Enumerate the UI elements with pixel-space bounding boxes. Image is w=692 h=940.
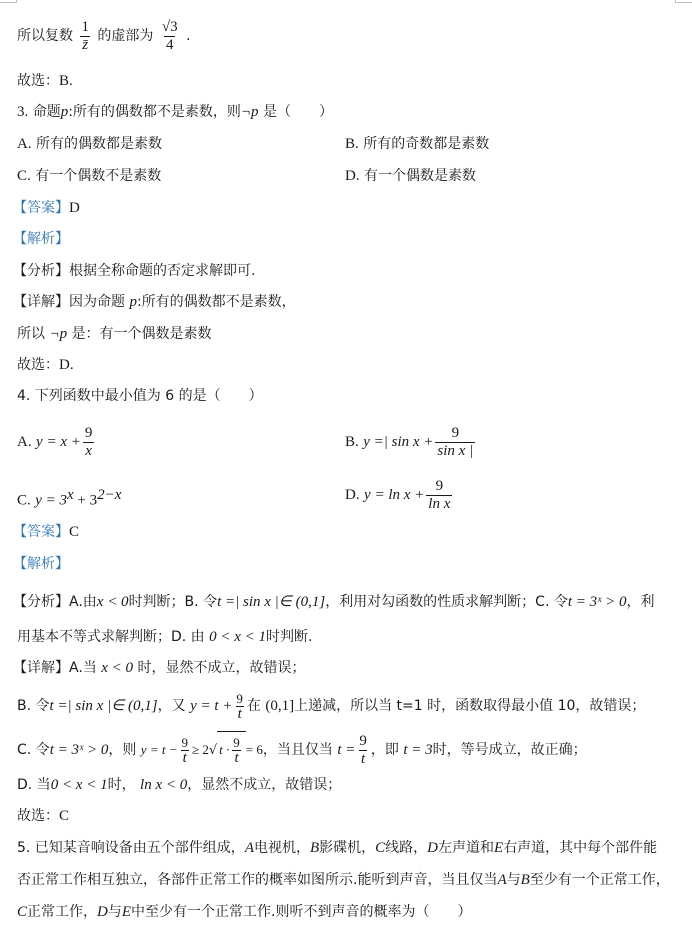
math-b: B <box>521 872 530 888</box>
text: 上递减，所以当 t=1 时，函数取得最小值 10，故错误； <box>294 698 645 714</box>
num: 9 <box>357 733 369 750</box>
text: 至少有一个正常工作， <box>530 872 670 888</box>
q3-xiangjie-line2: 所以 ¬p 是：有一个偶数是素数 <box>17 324 212 344</box>
fraction-sqrt3-over-4: √34 <box>160 19 180 54</box>
num: 9 <box>83 425 95 442</box>
math-expr: + 3 <box>74 493 97 509</box>
math: ≥ 2 <box>192 742 209 757</box>
text: ，利 <box>627 594 655 610</box>
math-not-p: ¬p <box>49 326 67 342</box>
text: 线路， <box>385 840 427 856</box>
text: 右声道，其中每个部件能 <box>503 840 657 856</box>
sqrt: t ·9t <box>217 731 246 768</box>
math: x < 0 <box>97 594 129 610</box>
text: 左声道和 <box>438 840 494 856</box>
q3-stem: 3. 命题p:所有的偶数都不是素数，则¬p 是（ ） <box>17 102 333 122</box>
text: ，则 <box>108 742 136 758</box>
q4-option-c: C. y = 3x + 32−x <box>17 485 121 511</box>
fraction: 9x <box>83 425 95 460</box>
math-p: p <box>129 294 137 310</box>
math: t = 3 <box>403 742 432 758</box>
exponent: x <box>67 487 74 503</box>
q3-xiangjie: 【详解】因为命题 p:所有的偶数都不是素数， <box>13 292 296 312</box>
xiangjie-label: 【详解】 <box>13 294 69 310</box>
text: 与 <box>507 872 521 888</box>
q4-xiangjie-a: 【详解】A.当 x < 0 时，显然不成立，故错误； <box>13 658 305 678</box>
q4-xiangjie-c: C. 令t = 3ˣ > 0，则 y = t −9t≥ 2√t ·9t= 6，当… <box>17 731 587 769</box>
num: 9 <box>179 736 190 750</box>
option-text: 有一个偶数不是素数 <box>35 168 161 184</box>
math: (0,1] <box>265 698 294 714</box>
option-letter: C. <box>17 493 31 509</box>
q3-answer: 【答案】D <box>13 198 80 218</box>
math-expr: y = x + <box>36 434 81 450</box>
math-e: E <box>494 840 503 856</box>
option-text: 所有的奇数都是素数 <box>363 136 489 152</box>
option-letter: B. <box>345 136 359 152</box>
choose-label: 故选： <box>17 73 59 89</box>
math: y = t + <box>190 698 232 714</box>
text: 命题 <box>33 104 61 120</box>
q3-fenxi: 【分析】根据全称命题的否定求解即可. <box>13 261 255 281</box>
math-not-p: ¬p <box>241 104 259 120</box>
text: 时，显然不成立，故错误； <box>137 660 305 676</box>
math: 0 < x < 1 <box>209 629 266 645</box>
text: 所以 <box>17 326 45 342</box>
page-corner-mark-right <box>675 0 692 3</box>
den: t <box>236 706 244 721</box>
choose-label: 故选： <box>17 808 59 824</box>
text: 时判断；B. 令 <box>129 594 218 610</box>
q5-stem-line2: 否正常工作相互独立，各部件正常工作的概率如图所示.能听到声音，当且仅当A与B至少… <box>17 870 670 890</box>
text: :所有的偶数都不是素数，则 <box>68 104 241 120</box>
text: 因为命题 <box>69 294 125 310</box>
math-e: E <box>122 904 131 920</box>
fenxi-label: 【分析】 <box>13 594 69 610</box>
text: 时，等号成立，故正确； <box>433 742 587 758</box>
math-expr: y =| sin x + <box>363 434 433 450</box>
option-letter: C. <box>17 168 31 184</box>
fraction: 9sin x | <box>435 425 475 460</box>
q4-fenxi-line2: 用基本不等式求解判断；D. 由 0 < x < 1时判断. <box>17 627 313 647</box>
q3-choose-line: 故选：D. <box>17 355 74 375</box>
math-expr: y = 3 <box>35 493 67 509</box>
math-d: D <box>97 904 108 920</box>
num: √3 <box>160 19 180 36</box>
text: ，即 <box>371 742 399 758</box>
fraction: 9ln x <box>426 478 452 513</box>
text: 否正常工作相互独立，各部件正常工作的概率如图所示.能听到声音，当且仅当 <box>17 872 497 888</box>
text: :所有的偶数都不是素数， <box>137 294 296 310</box>
num: 9 <box>450 425 462 442</box>
q3-option-d: D. 有一个偶数是素数 <box>345 166 476 186</box>
text: 与 <box>108 904 122 920</box>
text: 用基本不等式求解判断；D. 由 <box>17 629 205 645</box>
math-b: B <box>310 840 319 856</box>
text: 在 <box>247 698 261 714</box>
xiangjie-label: 【详解】 <box>13 660 69 676</box>
math: 0 < x < 1 <box>51 777 108 793</box>
answer-label: 【答案】 <box>13 524 69 540</box>
math: ln x < 0 <box>140 777 187 793</box>
math-expr: y = ln x + <box>364 487 424 503</box>
math: = 6 <box>246 742 263 757</box>
fenxi-text: 根据全称命题的否定求解即可. <box>69 263 255 279</box>
den: t <box>181 750 189 765</box>
text: C. 令 <box>17 742 50 758</box>
math-c: C <box>375 840 385 856</box>
option-letter: D. <box>345 487 360 503</box>
math: t = <box>337 742 355 758</box>
fraction: 9t <box>179 736 190 765</box>
choose-value: B. <box>59 73 73 89</box>
den: t <box>232 750 240 765</box>
fraction: 9t <box>231 736 242 765</box>
q4-analysis-heading: 【解析】 <box>13 554 69 574</box>
answer-value: D <box>69 200 80 216</box>
text: 电视机， <box>254 840 310 856</box>
math-a: A <box>245 840 254 856</box>
fraction: 9t <box>234 692 245 721</box>
q4-option-d: D. y = ln x +9ln x <box>345 477 454 513</box>
option-letter: B. <box>345 434 359 450</box>
option-letter: A. <box>17 136 32 152</box>
text: 的虚部为 <box>97 28 153 44</box>
text: D. 当 <box>17 777 51 793</box>
den: 4 <box>164 36 176 54</box>
text: 时判断. <box>266 629 312 645</box>
page-corner-mark-left <box>0 0 17 3</box>
q4-fenxi-line1: 【分析】A.由x < 0时判断；B. 令t =| sin x |∈ (0,1]，… <box>13 592 655 612</box>
num: 1 <box>79 19 91 36</box>
choose-value: D. <box>59 357 74 373</box>
math: t = 3ˣ > 0 <box>50 742 109 758</box>
question-number: 3. <box>17 104 28 120</box>
den: x <box>83 442 94 460</box>
fraction: 9t <box>357 733 369 768</box>
text: ，当且仅当 <box>263 742 333 758</box>
text: A.由 <box>69 594 97 610</box>
math: y = t − <box>141 742 178 757</box>
num: 9 <box>234 692 245 706</box>
math-c: C <box>17 904 27 920</box>
num: 9 <box>434 478 446 495</box>
text: ，显然不成立，故错误； <box>187 777 341 793</box>
q4-xiangjie-b: B. 令t =| sin x |∈ (0,1]，又 y = t +9t在 (0,… <box>17 688 645 724</box>
text: A.当 <box>69 660 97 676</box>
answer-label: 【答案】 <box>13 200 69 216</box>
den: t <box>359 750 367 768</box>
exponent: 2−x <box>97 487 121 503</box>
option-text: 所有的偶数都是素数 <box>36 136 162 152</box>
text: 影碟机， <box>319 840 375 856</box>
q4-answer: 【答案】C <box>13 522 79 542</box>
q5-stem-line1: 5. 已知某音响设备由五个部件组成，A电视机，B影碟机，C线路，D左声道和E右声… <box>17 838 657 858</box>
q2-choose-line: 故选：B. <box>17 71 73 91</box>
num: 9 <box>231 736 242 750</box>
text: 是（ ） <box>263 104 333 120</box>
math: t =| sin x |∈ (0,1] <box>50 698 158 714</box>
q4-option-b: B. y =| sin x +9sin x | <box>345 424 477 460</box>
choose-label: 故选： <box>17 357 59 373</box>
math: t =| sin x |∈ (0,1] <box>217 594 325 610</box>
choose-value: C <box>59 808 69 824</box>
text: ，利用对勾函数的性质求解判断；C. 令 <box>325 594 568 610</box>
option-letter: A. <box>17 434 32 450</box>
text: 5. 已知某音响设备由五个部件组成， <box>17 840 245 856</box>
answer-value: C <box>69 524 79 540</box>
q4-option-a: A. y = x +9x <box>17 424 96 460</box>
den: z̄ <box>80 36 90 54</box>
text: 是：有一个偶数是素数 <box>72 326 212 342</box>
text: . <box>186 28 190 44</box>
q4-xiangjie-d: D. 当0 < x < 1时， ln x < 0，显然不成立，故错误； <box>17 775 341 795</box>
q3-option-b: B. 所有的奇数都是素数 <box>345 134 489 154</box>
q3-option-a: A. 所有的偶数都是素数 <box>17 134 162 154</box>
text: ，又 <box>158 698 186 714</box>
text: 所以复数 <box>17 28 73 44</box>
math-d: D <box>427 840 438 856</box>
fenxi-label: 【分析】 <box>13 263 69 279</box>
q2-imag-part-line: 所以复数 1z̄ 的虚部为 √34 . <box>17 18 191 54</box>
den: ln x <box>426 495 452 513</box>
math: x < 0 <box>101 660 133 676</box>
q4-stem: 4. 下列函数中最小值为 6 的是（ ） <box>17 386 263 406</box>
math-a: A <box>497 872 506 888</box>
text: 中至少有一个正常工作.则听不到声音的概率为（ ） <box>131 904 471 920</box>
text: 时， <box>108 777 136 793</box>
q4-choose-line: 故选：C <box>17 806 69 826</box>
option-letter: D. <box>345 168 360 184</box>
fraction-1-over-zbar: 1z̄ <box>79 19 91 54</box>
q5-stem-line3: C正常工作，D与E中至少有一个正常工作.则听不到声音的概率为（ ） <box>17 902 471 922</box>
math: t = 3ˣ > 0 <box>568 594 627 610</box>
option-text: 有一个偶数是素数 <box>364 168 476 184</box>
text: B. 令 <box>17 698 50 714</box>
text: 正常工作， <box>27 904 97 920</box>
q3-option-c: C. 有一个偶数不是素数 <box>17 166 161 186</box>
q3-analysis-heading: 【解析】 <box>13 229 69 249</box>
math: t · <box>219 742 229 757</box>
den: sin x | <box>435 442 475 460</box>
